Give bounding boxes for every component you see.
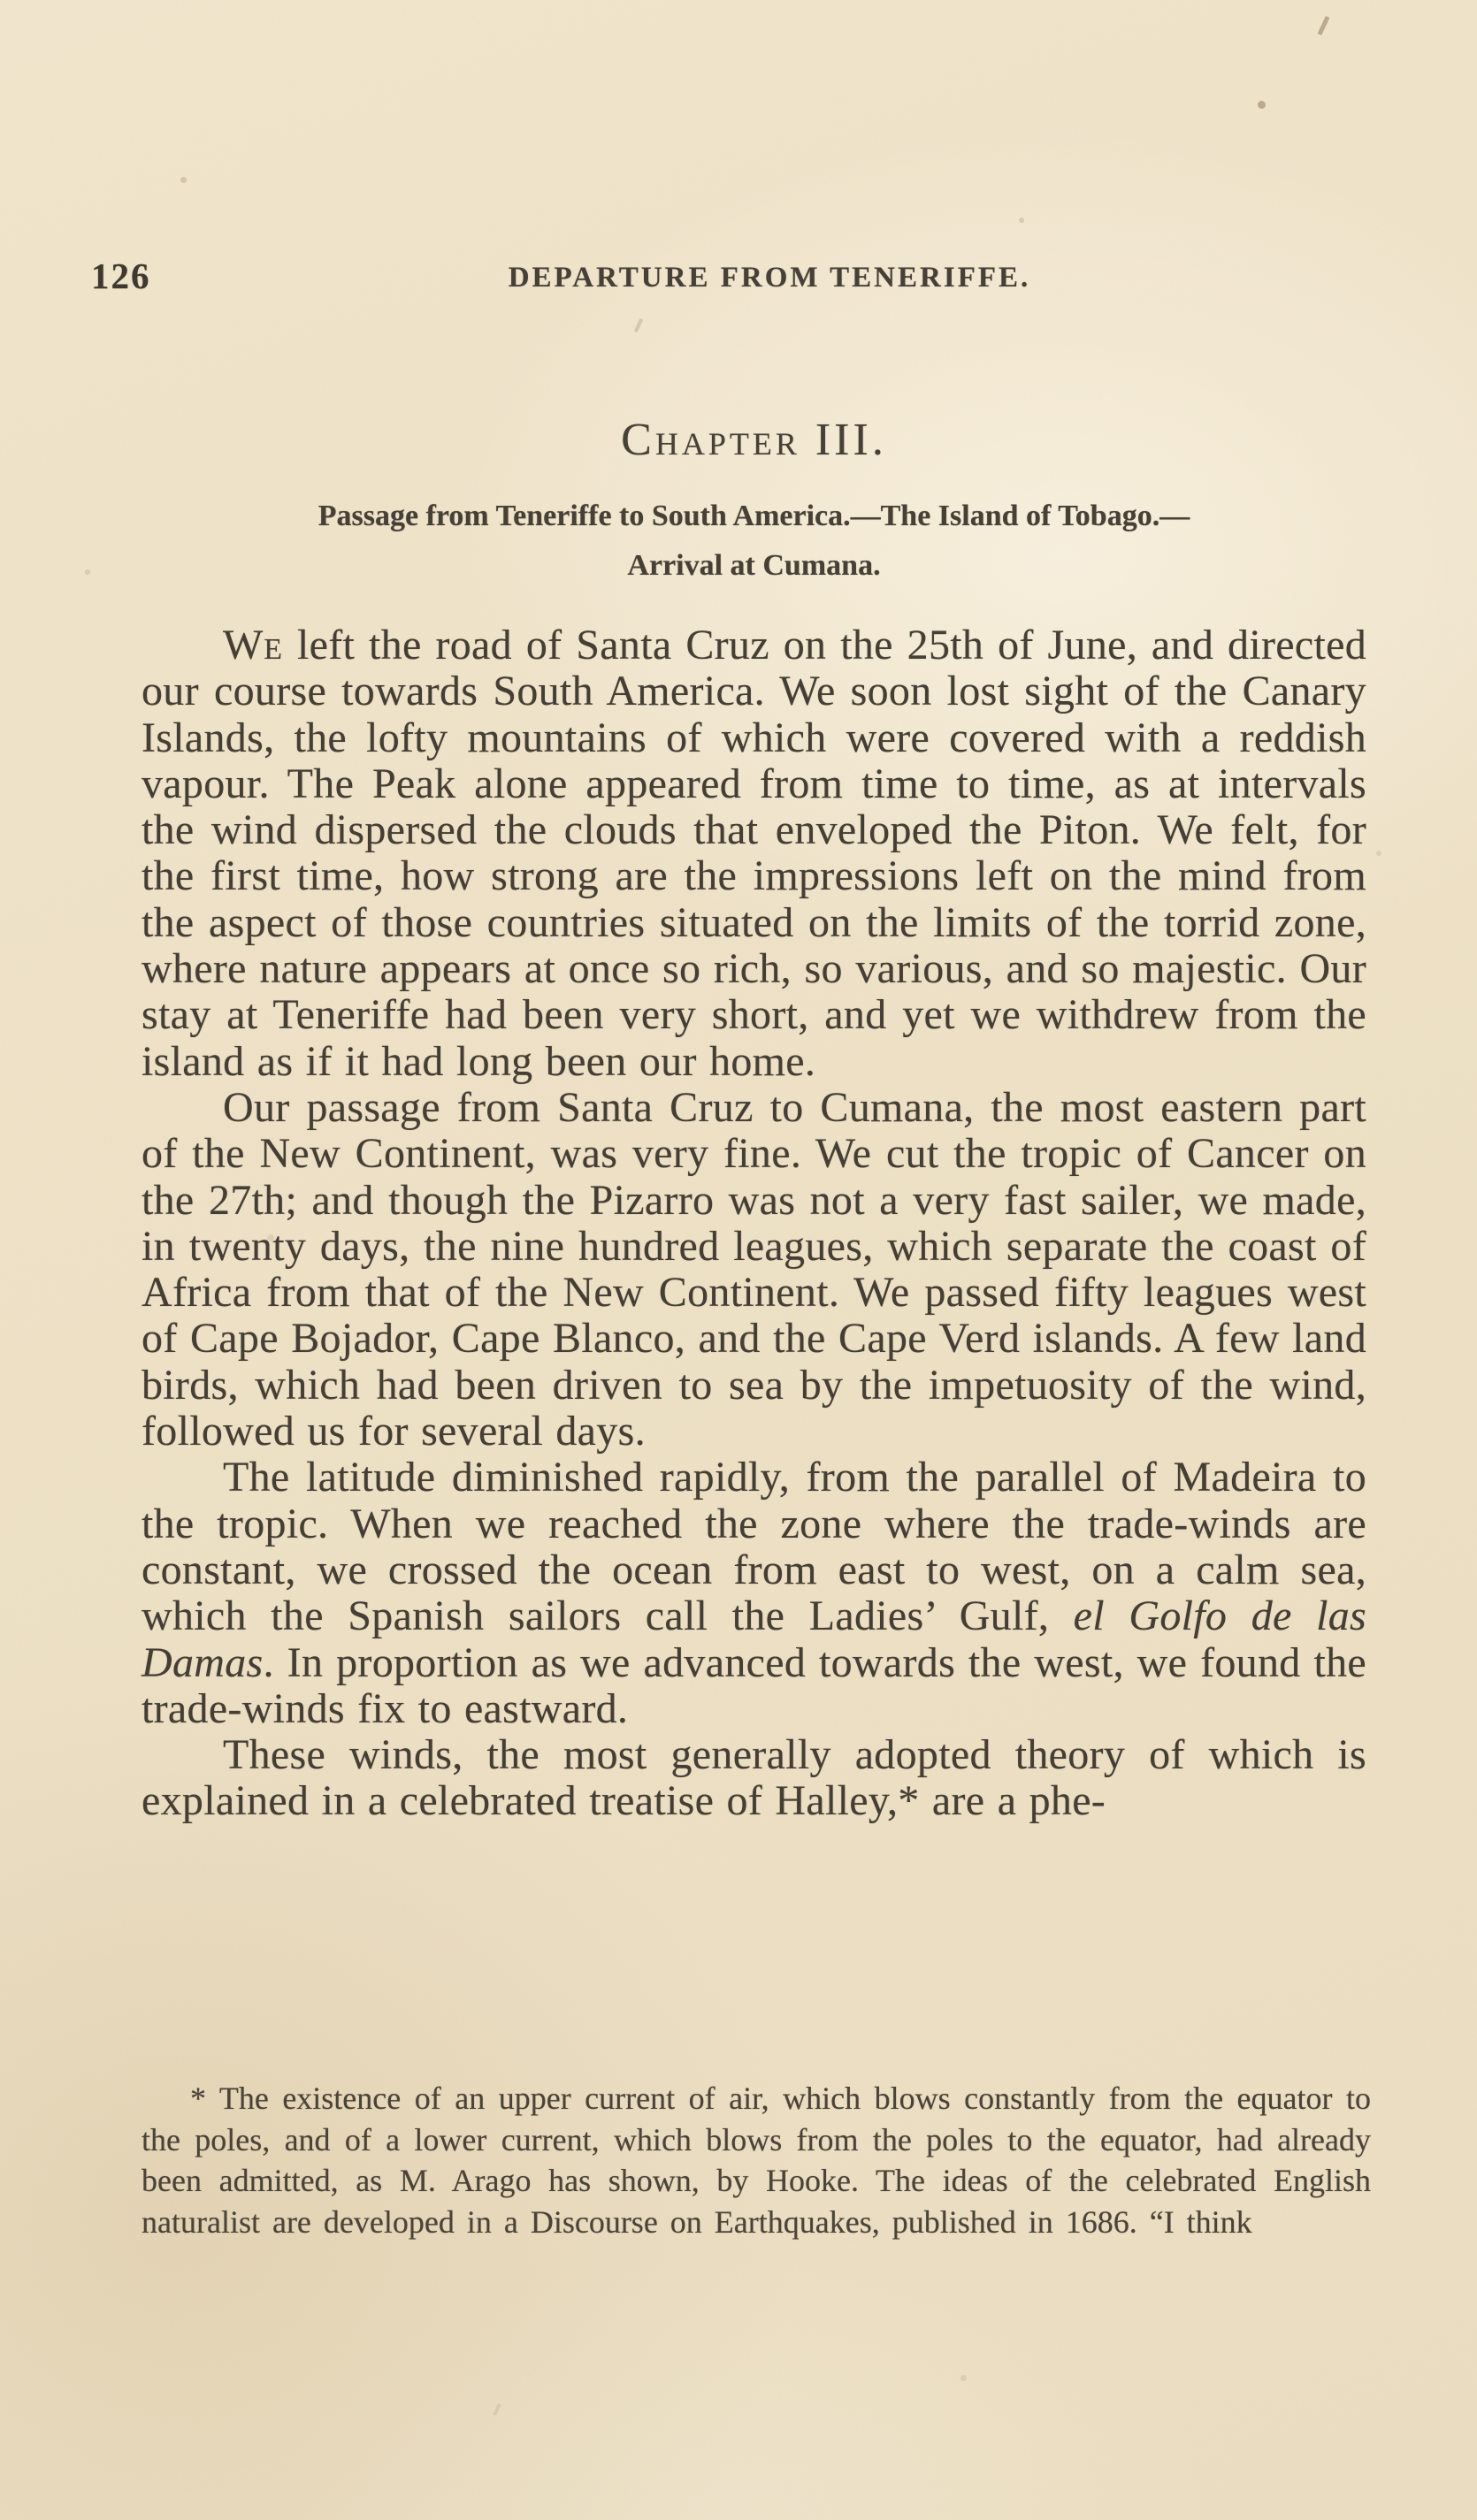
paper-speck <box>1376 851 1381 856</box>
chapter-subtitle-line-2: Arrival at Cumana. <box>106 541 1402 591</box>
chapter-subtitle-line-1: Passage from Teneriffe to South America.… <box>106 492 1402 541</box>
paragraph: Our passage from Santa Cruz to Cumana, t… <box>142 1085 1366 1455</box>
paragraph: These winds, the most generally adopted … <box>142 1732 1366 1825</box>
chapter-heading: Chapter III. <box>142 414 1366 466</box>
paper-speck <box>180 177 187 183</box>
paper-speck <box>1318 16 1330 35</box>
paper-speck <box>960 2375 967 2381</box>
footnote-text: * The existence of an upper current of a… <box>142 2078 1371 2242</box>
paragraph-lead-smallcaps: We <box>223 622 283 668</box>
paragraph: The latitude diminished rapidly, from th… <box>142 1455 1366 1732</box>
paper-speck <box>634 318 643 332</box>
paper-speck <box>1258 101 1266 109</box>
running-title: DEPARTURE FROM TENERIFFE. <box>371 262 1167 294</box>
chapter-subtitle: Passage from Teneriffe to South America.… <box>106 492 1402 591</box>
paper-speck <box>493 2403 501 2416</box>
page-number: 126 <box>91 255 151 297</box>
footnote: * The existence of an upper current of a… <box>142 2078 1371 2242</box>
text-segment: . In proportion as we advanced towards t… <box>142 1639 1366 1732</box>
text-segment: These winds, the most generally adopted … <box>142 1731 1366 1824</box>
text-segment: left the road of Santa Cruz on the 25th … <box>142 622 1366 1085</box>
paper-speck <box>85 569 90 575</box>
paper-speck <box>1019 218 1024 223</box>
book-page-scan: 126 DEPARTURE FROM TENERIFFE. Chapter II… <box>0 0 1477 2520</box>
paragraph: We left the road of Santa Cruz on the 25… <box>142 622 1366 1085</box>
body-paragraphs: We left the road of Santa Cruz on the 25… <box>142 622 1366 1825</box>
text-segment: Our passage from Santa Cruz to Cumana, t… <box>142 1084 1366 1455</box>
